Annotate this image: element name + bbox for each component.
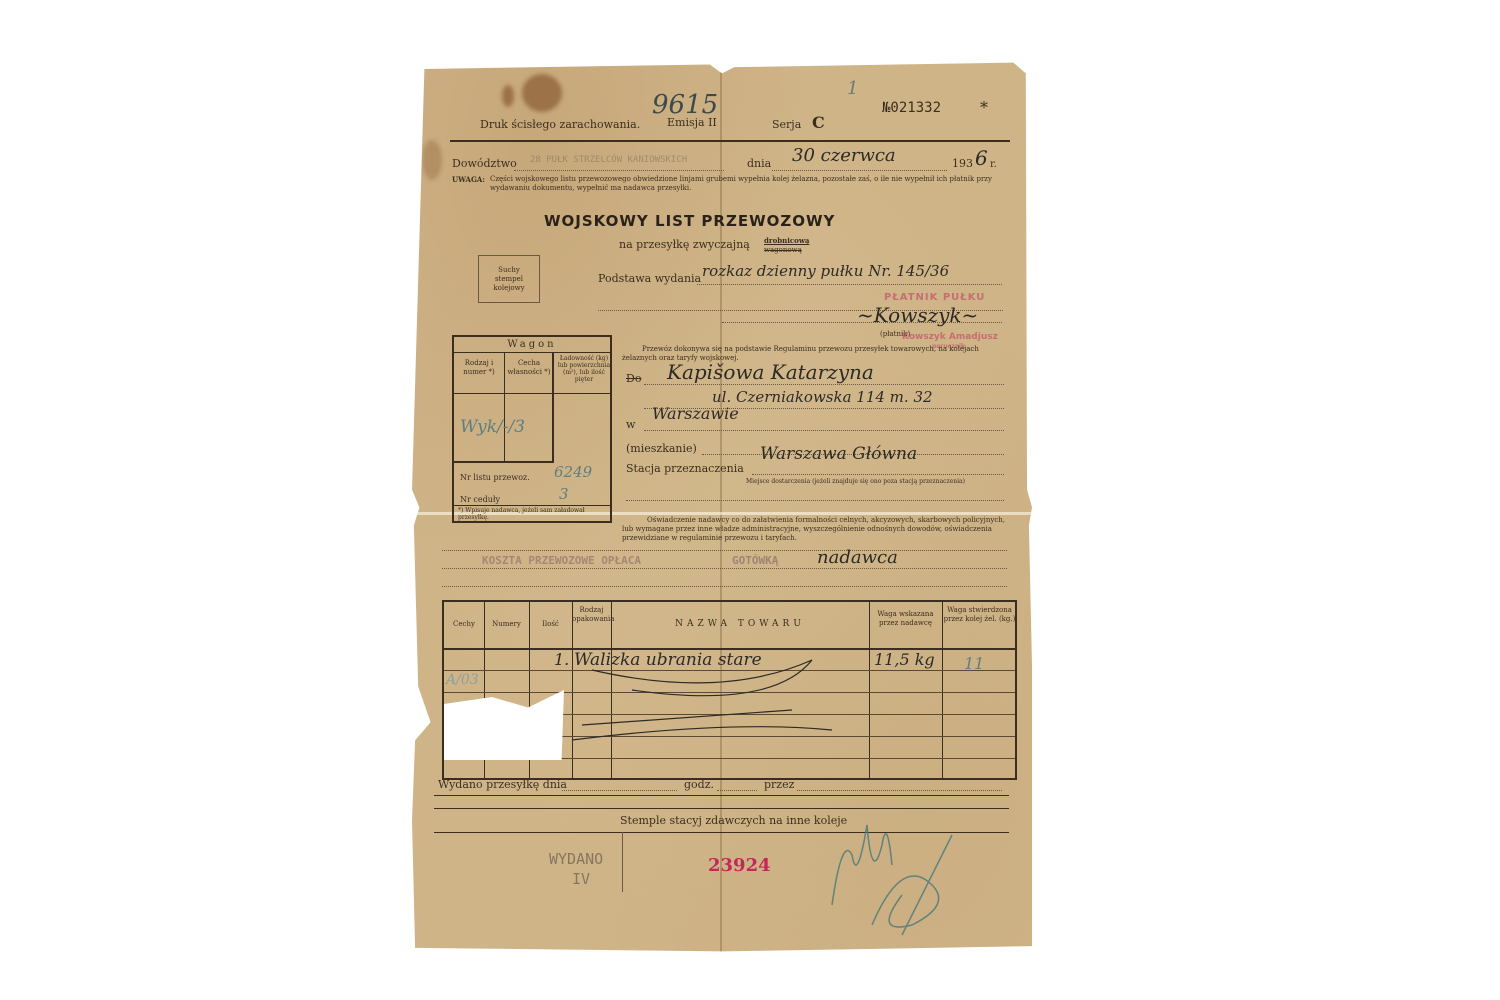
note-label: UWAGA:	[452, 175, 485, 184]
release-label: Wydano przesyłkę dnia	[438, 778, 567, 791]
payer-signature: ~Kowszyk~	[857, 303, 978, 327]
list-number-value: 6249	[554, 463, 592, 481]
col-header-quantity: Ilość	[529, 620, 572, 629]
city-line	[644, 430, 1004, 431]
release-by-line	[797, 790, 1002, 791]
handwritten-code: 9615	[652, 90, 718, 120]
costs-payer: nadawca	[817, 547, 898, 568]
delivery-note: Miejsce dostarczenia (jeżeli znajduje si…	[746, 478, 965, 485]
series-value: C	[812, 113, 825, 132]
handwritten-corner: 1	[847, 78, 858, 99]
series-label: Serja	[772, 118, 801, 131]
station-line	[752, 474, 1004, 475]
stamp-wydano: WYDANO	[549, 850, 603, 868]
payer-stamp-title: PŁATNIK PUŁKU	[884, 292, 985, 303]
recipient-street: ul. Czerniakowska 114 m. 32	[712, 388, 933, 406]
slip-number-label: Nr ceduły	[460, 495, 500, 504]
residence-label: (mieszkanie)	[626, 442, 697, 455]
dry-stamp-label: Suchy stempel kolejowy	[484, 266, 534, 293]
list-number-label: Nr listu przewoz.	[460, 473, 530, 482]
wagon-header-rule	[454, 393, 612, 394]
stamp-wydano-sub: IV	[572, 870, 590, 888]
note-text: Części wojskowego listu przewozowego obw…	[490, 175, 1010, 193]
row-weight-sender: 11,5 kg	[874, 650, 935, 669]
command-stamp: 28 PUŁK STRZELCÓW KANIOWSKICH	[530, 155, 687, 165]
col-divider	[869, 602, 870, 778]
basis-label: Podstawa wydania	[598, 272, 701, 285]
recipient-line	[644, 384, 1004, 385]
command-line	[514, 170, 724, 171]
in-label: w	[626, 418, 635, 431]
wagon-footer-rule	[454, 505, 610, 506]
page-title: WOJSKOWY LIST PRZEWOZOWY	[544, 212, 835, 230]
subtitle: na przesyłkę zwyczajną	[619, 238, 750, 251]
pencil-signature	[812, 795, 982, 945]
year-suffix: 6	[975, 146, 988, 170]
wagon-col-capacity: Ładowność (kg) lub powierzchnia (m²), lu…	[557, 355, 611, 383]
wagon-box: Wagon Rodzaj i numer *) Cecha własności …	[452, 335, 612, 523]
declaration-line-3	[442, 586, 1007, 587]
to-label: Do	[626, 372, 641, 385]
release-by-label: przez	[764, 778, 794, 791]
costs-method: GOTÓWKĄ	[732, 554, 778, 567]
wagon-divider	[504, 353, 505, 463]
date-label: dnia	[747, 157, 771, 170]
col-header-numbers: Numery	[484, 620, 529, 629]
release-hour-label: godz.	[684, 778, 714, 791]
stamps-divider	[622, 832, 623, 892]
declaration-text: Oświadczenie nadawcy co do załatwienia f…	[622, 516, 1012, 543]
basis-value: rozkaz dzienny pułku Nr. 145/36	[702, 262, 949, 280]
stain	[502, 85, 514, 107]
basis-line	[697, 284, 1002, 285]
payer-stamp-name: Kowszyk Amadjusz	[902, 332, 998, 342]
subtitle-option-selected: drobnicową	[764, 236, 809, 245]
date-value: 30 czerwca	[792, 145, 896, 166]
wagon-col-type: Rodzaj i numer *)	[456, 359, 502, 377]
col-header-packaging: Rodzaj opakowania	[572, 606, 611, 624]
year-unit: r.	[990, 159, 997, 170]
slip-number-value: 3	[559, 485, 569, 503]
col-header-weight-sender: Waga wskazana przez nadawcę	[869, 610, 942, 628]
col-divider	[942, 602, 943, 778]
recipient-name: Kapišowa Katarzyna	[667, 360, 874, 384]
subtitle-option-struck: wagonową	[764, 246, 802, 254]
wagon-handwritten: Wyk/-/3	[460, 417, 525, 437]
date-line	[772, 170, 947, 171]
release-date-line	[562, 790, 677, 791]
stain	[522, 74, 562, 112]
document-number: №021332	[882, 100, 941, 116]
wagon-footnote: *) Wpisuje nadawca, jeżeli sam załadował…	[458, 507, 608, 521]
year-prefix: 193	[952, 157, 973, 170]
declaration-line-1	[442, 550, 1007, 551]
delivery-line	[626, 500, 1004, 501]
recipient-city: Warszawie	[652, 404, 739, 423]
dry-stamp-box: Suchy stempel kolejowy	[478, 255, 540, 303]
wagon-col-mark: Cecha własności *)	[506, 359, 552, 377]
red-number-stamp: 23924	[708, 855, 771, 876]
print-type: Druk ścisłego zarachowania.	[480, 118, 640, 131]
col-header-marks: Cechy	[444, 620, 484, 629]
command-label: Dowództwo	[452, 157, 517, 170]
station-label: Stacja przeznaczenia	[626, 462, 744, 475]
wagon-title: Wagon	[454, 337, 610, 353]
col-header-weight-rail: Waga stwierdzona przez kolej żel. (kg.)	[942, 606, 1017, 624]
col-header-goods-name: NAZWA TOWARU	[611, 620, 869, 629]
asterisk-mark: *	[980, 98, 988, 117]
strike-through-scribble	[472, 650, 852, 760]
header-rule	[450, 140, 1010, 142]
row-weight-rail: 11	[964, 654, 984, 673]
transport-document: Druk ścisłego zarachowania. Emisja II 96…	[412, 60, 1032, 955]
release-hour-line	[717, 790, 757, 791]
station-value: Warszawa Główna	[760, 444, 917, 464]
stain	[422, 140, 442, 180]
costs-stamp: KOSZTA PRZEWOZOWE OPŁACA	[482, 554, 641, 567]
declaration-line-2	[442, 568, 1007, 569]
